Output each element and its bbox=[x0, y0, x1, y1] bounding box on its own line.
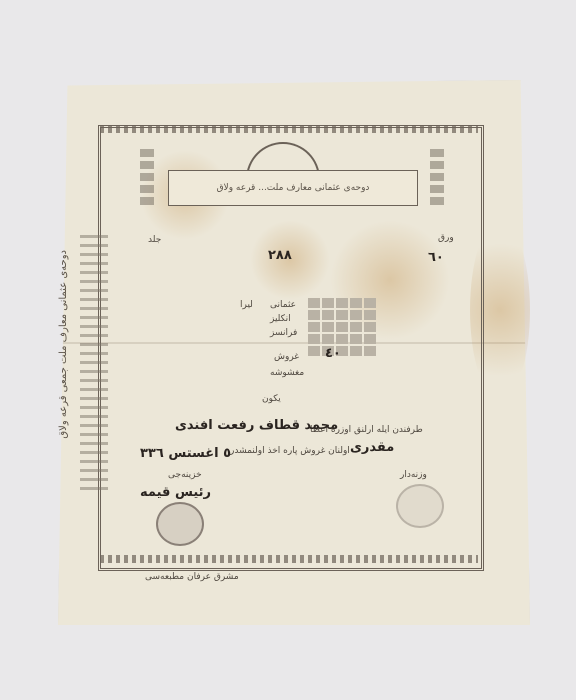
row-label: عثمانی bbox=[270, 300, 296, 310]
row-label: انکلیز bbox=[270, 314, 291, 324]
left-ornament-border bbox=[80, 230, 108, 490]
row-label: مغشوشه bbox=[270, 368, 304, 378]
cilt-label: جلد bbox=[148, 235, 161, 245]
serial-number: ٢٨٨ bbox=[268, 248, 292, 263]
ornament-tiers-left bbox=[140, 145, 154, 205]
line2-text: اولنان غروش پاره اخذ اولنمشدر bbox=[230, 446, 350, 456]
total-label: یکون bbox=[262, 394, 281, 404]
seal-stamp-right bbox=[396, 484, 444, 528]
varak-value: ٦٠ bbox=[428, 250, 444, 265]
header-banner: دوحه‌ی عثمانی معارف ملت... قرعه ولاق bbox=[168, 170, 418, 206]
date-handwritten: ٥ اغستس ٣٣٦ bbox=[140, 446, 231, 461]
line1-handwritten: محمد قطاف رفعت افندی bbox=[175, 418, 338, 433]
lira-label: لیرا bbox=[240, 300, 253, 310]
line2-handwritten: مقدری bbox=[350, 440, 394, 455]
row-label: فرانسز bbox=[270, 328, 297, 338]
varak-label: ورق bbox=[438, 233, 454, 243]
kurus-value: ٤٠ bbox=[325, 346, 341, 361]
bottom-border bbox=[100, 555, 478, 563]
left-signatory-label: خزینه‌جی bbox=[168, 470, 202, 480]
printer-credit: مشرق عرفان مطبعه‌سی bbox=[145, 572, 239, 582]
amount-grid bbox=[308, 298, 376, 356]
left-signature: رئیس قیمه bbox=[140, 485, 211, 500]
right-signatory-label: وزنه‌دار bbox=[400, 470, 427, 480]
top-border bbox=[100, 125, 478, 133]
ornament-tiers-right bbox=[430, 145, 444, 205]
side-title: دوحه‌ی عثمانی معارف ملت جمعی قرعه ولاق bbox=[58, 250, 69, 439]
seal-stamp-left bbox=[156, 502, 204, 546]
row-label: غروش bbox=[274, 352, 299, 362]
